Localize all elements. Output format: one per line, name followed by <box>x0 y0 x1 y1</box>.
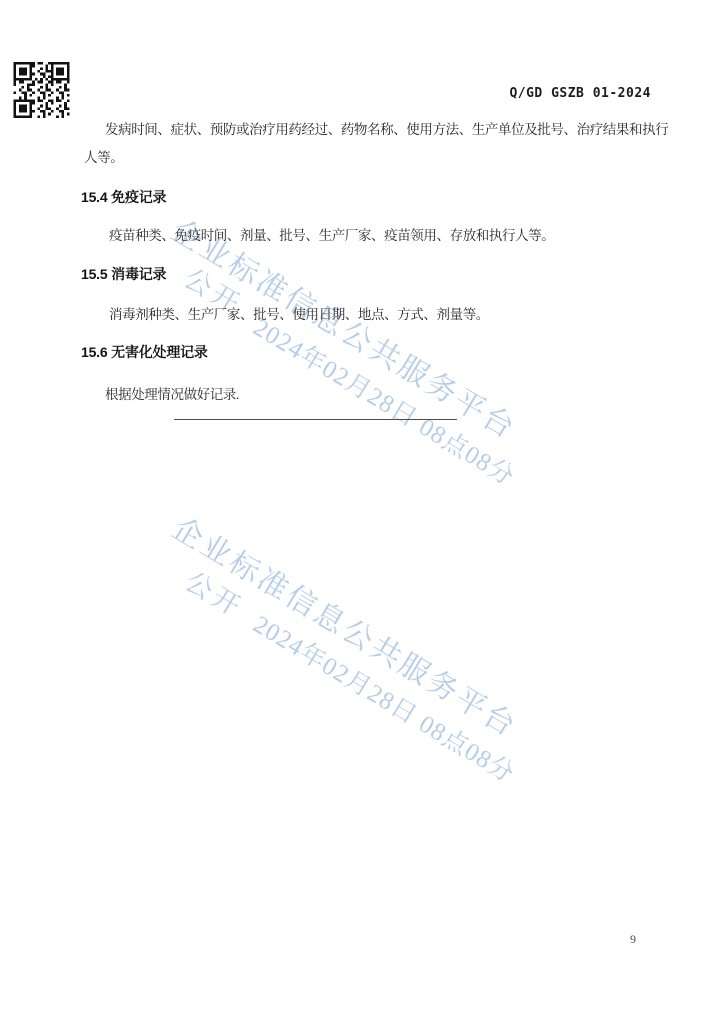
section-heading-15-5: 15.5 消毒记录 <box>81 264 166 284</box>
watermark-datetime-text: 2024年02月28日 08点08分 <box>247 308 522 493</box>
doc-number: Q/GD GSZB 01-2024 <box>509 86 651 101</box>
paragraph-line: 人等。 <box>84 146 123 166</box>
section-heading-15-4: 15.4 免疫记录 <box>81 187 166 207</box>
paragraph-line: 发病时间、症状、预防或治疗用药经过、药物名称、使用方法、生产单位及批号、治疗结果… <box>105 118 668 138</box>
section-body-15-6: 根据处理情况做好记录. <box>105 383 239 403</box>
watermark-platform-text: 企业标准信息公共服务平台 <box>165 504 527 746</box>
section-body-15-5: 消毒剂种类、生产厂家、批号、使用日期、地点、方式、剂量等。 <box>109 303 489 323</box>
watermark-public-text: 公开 <box>179 560 252 625</box>
watermark-datetime-text: 2024年02月28日 08点08分 <box>247 605 522 790</box>
section-heading-15-6: 15.6 无害化处理记录 <box>81 342 208 362</box>
page-number: 9 <box>630 932 636 947</box>
section-body-15-4: 疫苗种类、免疫时间、剂量、批号、生产厂家、疫苗领用、存放和执行人等。 <box>109 224 554 244</box>
document-page: Q/GD GSZB 01-2024 企业标准信息公共服务平台 公开 2024年0… <box>0 0 720 1018</box>
qr-code-icon <box>13 62 70 118</box>
signature-line <box>174 419 457 420</box>
